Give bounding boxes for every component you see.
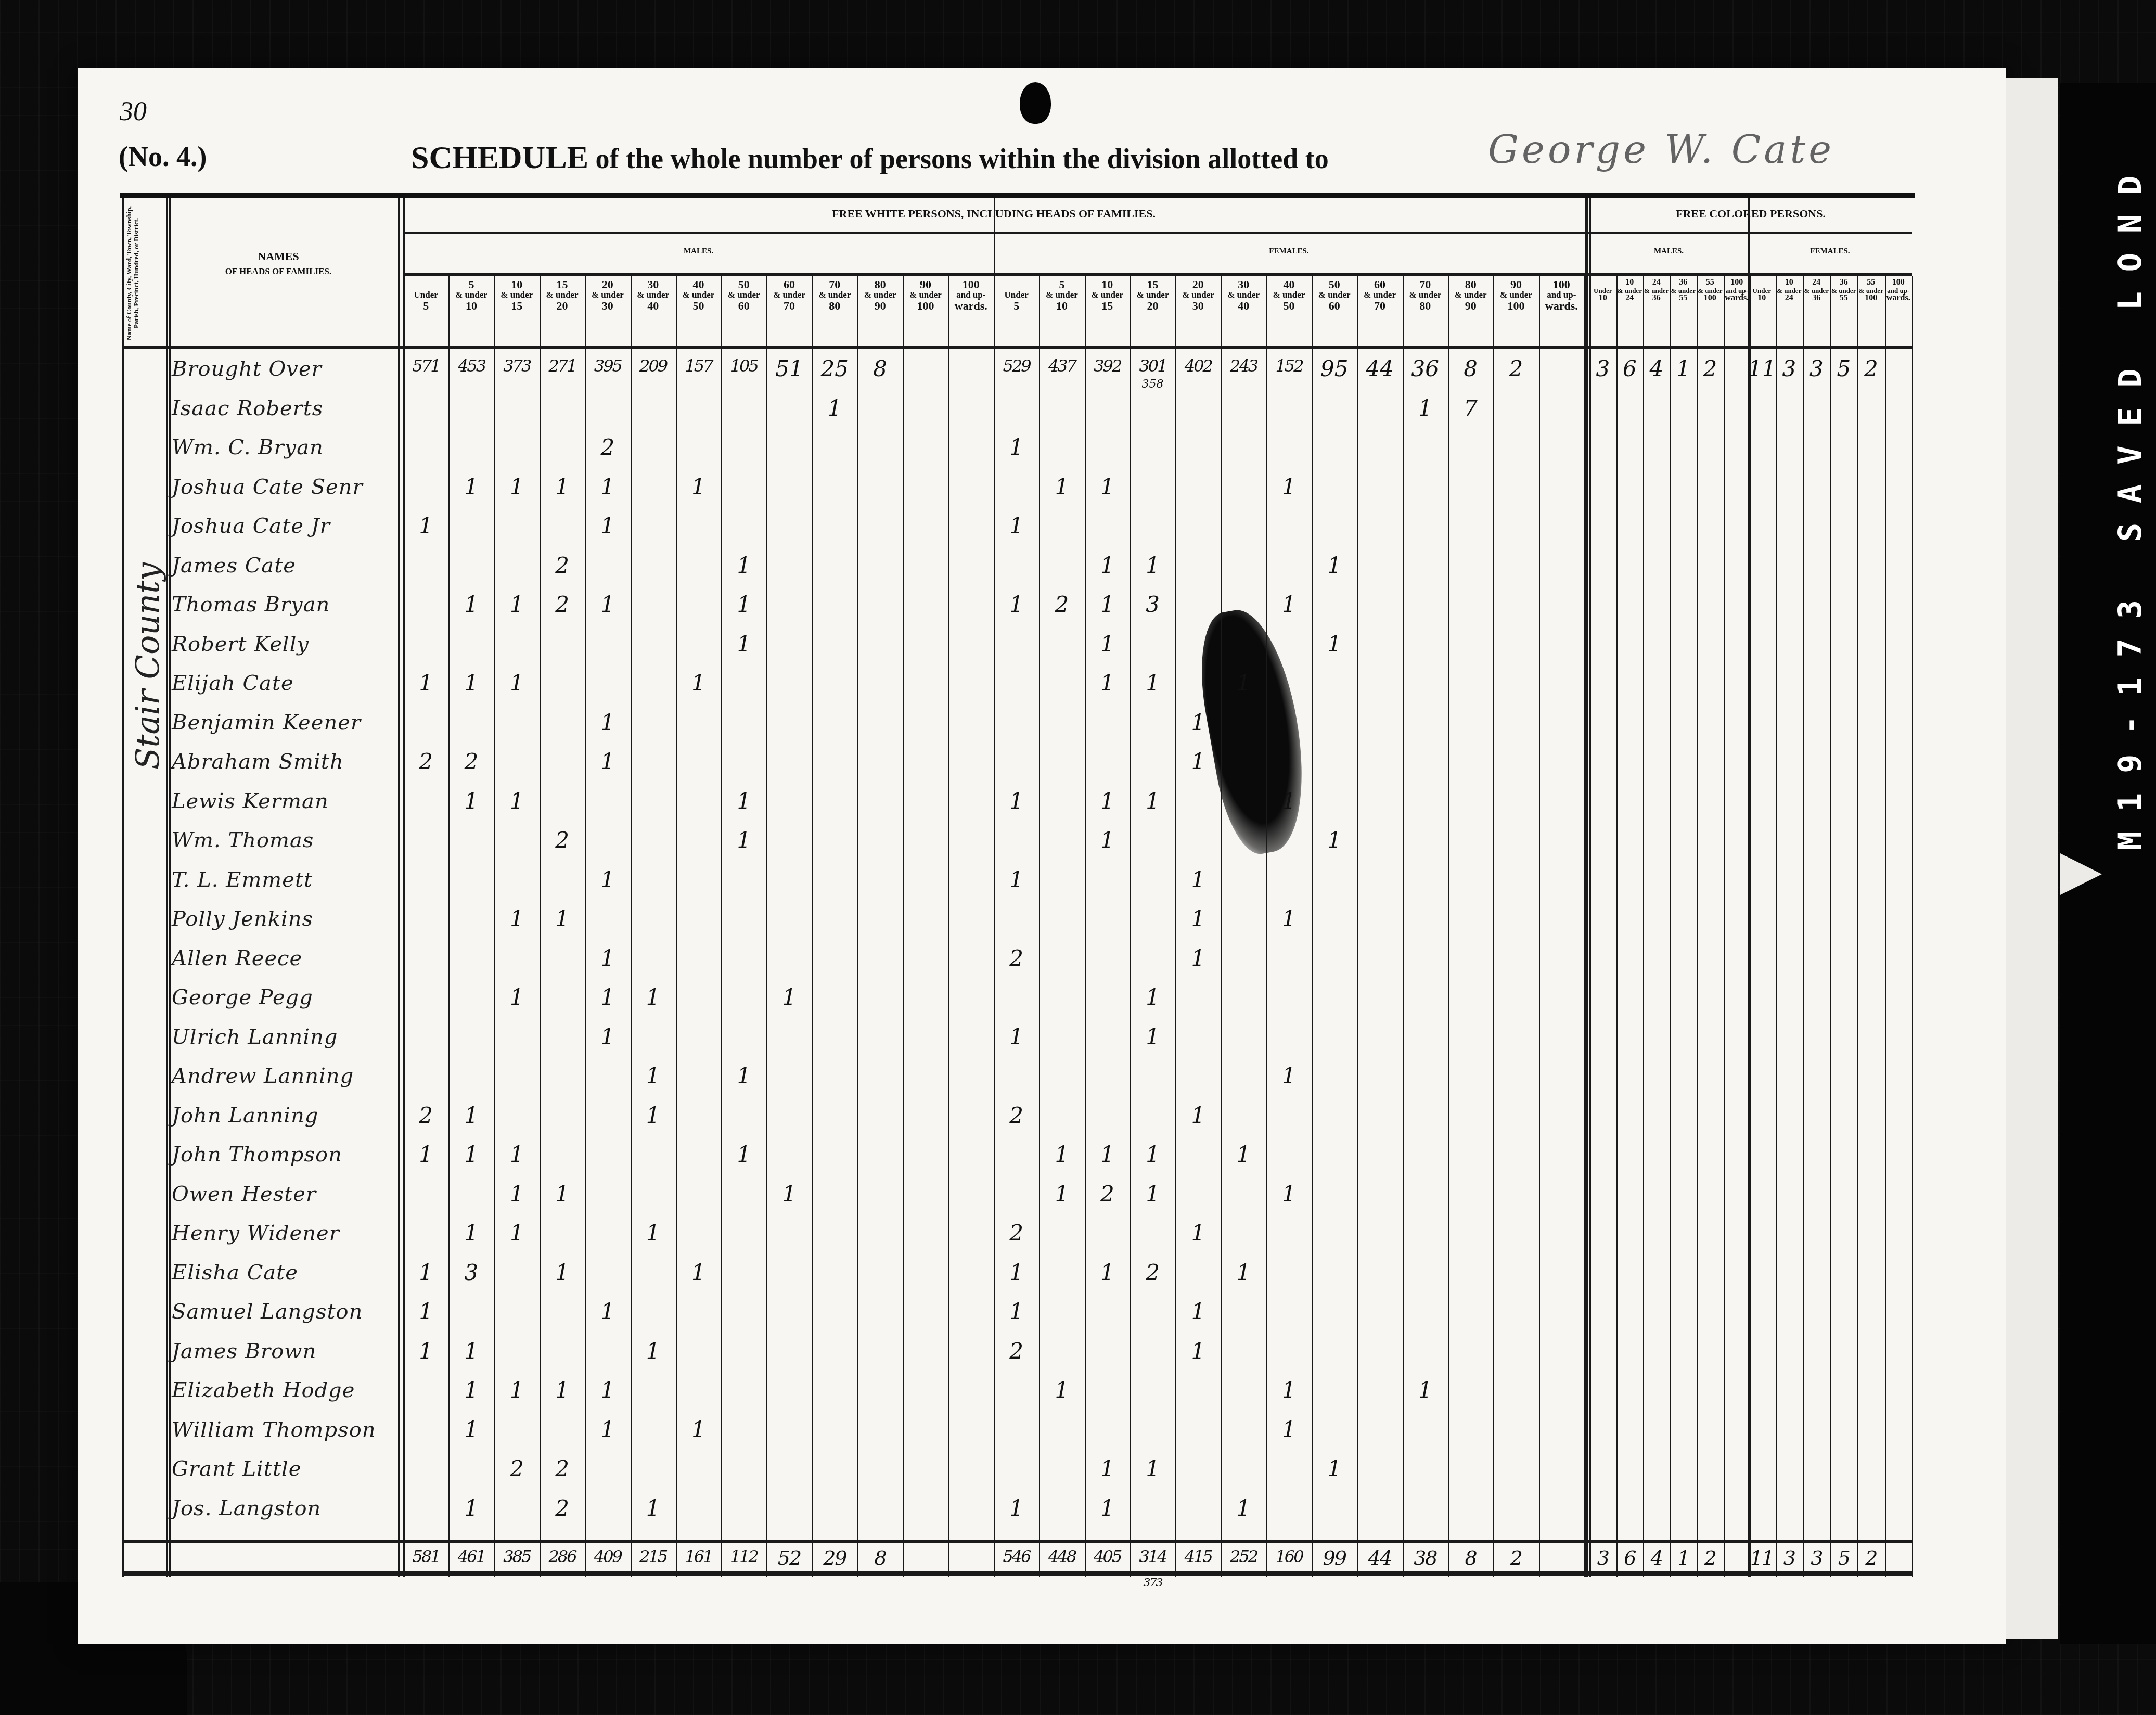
count-cell: 1 [448,1377,494,1403]
age-header-wf-0: Under5 [994,278,1039,346]
count-cell: 152 [1266,356,1312,376]
count-cell: 1 [1266,788,1312,814]
count-cell: 1 [1130,1024,1175,1050]
count-cell: 1 [1403,395,1448,421]
count-cell: 1 [994,592,1039,617]
age-header-wf-2: 10& under15 [1085,278,1130,346]
total-cell: 3 [1803,1546,1830,1569]
age-header-wf-3: 15& under20 [1130,278,1175,346]
count-cell: 8 [1448,356,1493,381]
count-cell: 1 [721,827,766,853]
count-cell: 6 [1616,356,1644,381]
names-subtitle: OF HEADS OF FAMILIES. [172,266,385,277]
age-header-wm-7: 50& under60 [721,278,766,346]
totals-row: 5814613852864092151611125229854644840531… [122,1544,1912,1575]
head-of-family-name: John Thompson [172,1143,375,1167]
count-cell: 1 [448,1495,494,1521]
count-cell: 4 [1643,356,1670,381]
total-cell: 215 [631,1546,676,1566]
table-row: George Pegg11111 [122,982,1912,1013]
names-title: NAMES [172,250,385,263]
count-cell: 1 [585,945,630,971]
count-cell: 8 [857,356,903,381]
count-cell: 1 [585,1417,630,1442]
total-cell: 1 [1670,1546,1697,1569]
count-cell: 437 [1039,356,1084,376]
age-header-wf-10: 80& under90 [1448,278,1493,346]
count-cell: 1 [494,984,540,1010]
head-of-family-name: Brought Over [172,357,375,381]
total-cell: 3 [1776,1546,1803,1569]
count-cell: 2 [1130,1260,1175,1285]
count-cell: 2 [540,827,585,853]
count-cell: 1 [1130,788,1175,814]
count-cell: 1 [1266,1417,1312,1442]
total-cell: 314 [1130,1546,1175,1566]
age-header-cm-3: 36& under55 [1670,278,1697,346]
head-of-family-name: Wm. Thomas [172,828,375,852]
count-cell: 2 [585,434,630,460]
page-number: 30 [120,96,147,127]
count-cell: 1 [1039,1142,1084,1167]
count-cell: 1 [631,984,676,1010]
count-cell: 1 [585,1299,630,1324]
count-cell: 2 [540,553,585,578]
table-row: Joshua Cate Senr11111111 [122,472,1912,502]
table-row: Owen Hester1111211 [122,1179,1912,1209]
head-of-family-name: Henry Widener [172,1221,375,1245]
total-cell: 161 [676,1546,721,1566]
count-cell: 1 [994,1299,1039,1324]
count-cell: 1 [994,867,1039,892]
table-row: Grant Little22111 [122,1454,1912,1484]
count-cell: 1 [631,1103,676,1128]
count-cell: 1 [585,1024,630,1050]
age-header-wm-5: 30& under40 [631,278,676,346]
count-cell: 95 [1312,356,1357,381]
total-cell: 160 [1266,1546,1312,1566]
count-cell: 1 [1085,670,1130,696]
count-cell: 1 [721,788,766,814]
head-of-family-name: James Brown [172,1339,375,1363]
count-cell: 1 [631,1495,676,1521]
place-column-header: Name of County, City, Ward, Town, Townsh… [125,203,157,343]
colored-females-header: FEMALES. [1748,247,1912,256]
head-of-family-name: Samuel Langston [172,1300,375,1324]
count-cell: 3 [1130,592,1175,617]
count-cell: 1 [812,395,857,421]
count-cell: 1 [1039,474,1084,500]
count-cell: 402 [1175,356,1221,376]
count-cell: 1 [494,474,540,500]
count-cell: 3 [1776,356,1803,381]
count-cell: 1 [585,710,630,735]
count-cell: 2 [540,1456,585,1481]
count-cell: 3 [448,1260,494,1285]
count-cell: 1 [540,906,585,931]
count-cell: 1 [585,592,630,617]
binding-hole [1020,82,1051,124]
count-cell: 2 [540,1495,585,1521]
count-cell: 1 [1403,1377,1448,1403]
age-header-wf-4: 20& under30 [1175,278,1221,346]
count-cell: 1 [1221,1260,1266,1285]
total-cell: 581 [403,1546,448,1566]
head-of-family-name: George Pegg [172,986,375,1009]
count-cell: 1 [403,1299,448,1324]
count-cell: 1 [721,592,766,617]
count-cell: 1 [448,1220,494,1246]
count-cell: 1 [585,474,630,500]
count-cell: 2 [1085,1181,1130,1207]
head-of-family-name: Wm. C. Bryan [172,436,375,459]
age-header-wf-11: 90& under100 [1493,278,1538,346]
count-cell: 3 [1803,356,1830,381]
count-cell: 1 [1085,1142,1130,1167]
count-cell: 1 [721,1142,766,1167]
count-cell: 1 [1266,474,1312,500]
count-cell: 571 [403,356,448,376]
count-cell: 2 [1493,356,1538,381]
total-cell: 546 [994,1546,1039,1566]
total-cell: 8 [857,1546,903,1569]
count-cell: 1 [494,788,540,814]
age-header-wm-3: 15& under20 [540,278,585,346]
count-cell: 1 [676,1260,721,1285]
column-divider [1912,276,1913,1577]
count-cell: 1 [494,1377,540,1403]
count-cell: 1 [994,1260,1039,1285]
count-cell: 1 [1175,1220,1221,1246]
total-cell: 405 [1085,1546,1130,1566]
count-cell: 395 [585,356,630,376]
total-cell: 4 [1643,1546,1670,1569]
table-row: Elisha Cate13111121 [122,1258,1912,1288]
title-prefix: SCHEDULE [411,140,588,175]
count-cell: 392 [1085,356,1130,376]
count-cell: 2 [448,749,494,774]
count-cell: 243 [1221,356,1266,376]
table-row: Jos. Langston121111 [122,1493,1912,1524]
count-cell: 1 [403,513,448,539]
enumerator-signature: George W. Cate [1488,127,1834,172]
count-cell: 1 [1085,1495,1130,1521]
head-of-family-name: Joshua Cate Jr [172,514,375,538]
count-cell: 1 [1221,1495,1266,1521]
count-cell: 1 [1312,1456,1357,1481]
header-rule [120,193,1915,198]
count-cell: 51 [766,356,812,381]
count-cell: 1 [494,906,540,931]
table-row: Isaac Roberts117 [122,393,1912,424]
age-header-cf-2: 24& under36 [1803,278,1830,346]
head-of-family-name: Lewis Kerman [172,789,375,813]
table-row: Brought Over5714533732713952091571055125… [122,354,1912,384]
table-row: Joshua Cate Jr111 [122,511,1912,541]
count-cell: 1 [403,1142,448,1167]
count-cell: 1 [448,592,494,617]
table-row: James Cate21111 [122,551,1912,581]
count-cell: 36 [1403,356,1448,381]
table-row: Elizabeth Hodge1111111 [122,1375,1912,1405]
age-header-cf-5: 100and up-wards. [1885,278,1913,346]
header-rule [122,346,1912,349]
count-cell: 1 [1670,356,1697,381]
count-cell: 1 [1312,631,1357,657]
count-cell: 453 [448,356,494,376]
head-of-family-name: Benjamin Keener [172,711,375,735]
head-of-family-name: Allen Reece [172,946,375,970]
head-of-family-name: Elisha Cate [172,1261,375,1285]
table-row: William Thompson1111 [122,1415,1912,1445]
count-cell: 1 [1312,553,1357,578]
table-row: John Lanning21121 [122,1100,1912,1131]
totals-rule [122,1540,1912,1543]
count-cell: 2 [994,1338,1039,1364]
total-cell: 2 [1493,1546,1538,1569]
count-cell: 105 [721,356,766,376]
count-cell: 1 [448,474,494,500]
count-cell: 1 [676,1417,721,1442]
age-header-wm-0: Under5 [403,278,448,346]
count-cell: 1 [1085,827,1130,853]
total-cell: 2 [1857,1546,1885,1569]
table-row: Ulrich Lanning111 [122,1022,1912,1052]
count-cell: 1 [448,1103,494,1128]
head-of-family-name: Ulrich Lanning [172,1025,375,1049]
count-cell: 1 [1175,945,1221,971]
count-cell: 1 [631,1338,676,1364]
table-row: Wm. C. Bryan21 [122,432,1912,463]
count-cell: 2 [1697,356,1724,381]
age-header-cm-4: 55& under100 [1697,278,1724,346]
age-header-wf-9: 70& under80 [1403,278,1448,346]
head-of-family-name: Andrew Lanning [172,1064,375,1088]
count-cell: 1 [1085,474,1130,500]
age-header-cm-5: 100and up-wards. [1724,278,1751,346]
page-edge [2006,78,2058,1639]
count-cell: 1 [1175,867,1221,892]
count-cell: 5 [1830,356,1858,381]
count-cell: 25 [812,356,857,381]
table-row: Wm. Thomas2111 [122,825,1912,855]
count-cell: 1 [1130,1456,1175,1481]
age-header-wm-9: 70& under80 [812,278,857,346]
census-table: Name of County, City, Ward, Town, Townsh… [122,198,1912,1592]
count-cell: 2 [994,1103,1039,1128]
age-header-wf-12: 100and up-wards. [1539,278,1584,346]
count-cell: 2 [1857,356,1885,381]
title-rest: of the whole number of persons within th… [596,143,1329,174]
age-header-wf-6: 40& under50 [1266,278,1312,346]
total-cell: 6 [1616,1546,1644,1569]
count-cell: 2 [994,1220,1039,1246]
count-cell: 1 [1085,592,1130,617]
count-cell: 1 [585,513,630,539]
count-cell: 1 [494,670,540,696]
count-cell: 1 [403,1338,448,1364]
count-cell: 1 [1085,553,1130,578]
film-reel-label: M19-173 SAVED LOND [2112,156,2149,1041]
count-cell: 1 [766,1181,812,1207]
count-cell: 1 [448,670,494,696]
head-of-family-name: T. L. Emmett [172,868,375,892]
count-cell: 529 [994,356,1039,376]
count-cell: 1 [1085,1456,1130,1481]
count-cell: 1 [994,788,1039,814]
count-cell: 209 [631,356,676,376]
age-header-wm-4: 20& under30 [585,278,630,346]
count-cell: 1 [1130,1181,1175,1207]
total-cell: 385 [494,1546,540,1566]
total-cell: 112 [721,1546,766,1566]
form-number: (No. 4.) [119,140,207,173]
age-header-wm-12: 100and up-wards. [948,278,994,346]
count-cell: 373 [494,356,540,376]
age-header-wf-1: 5& under10 [1039,278,1084,346]
count-cell: 1 [1130,670,1175,696]
count-cell: 1 [403,1260,448,1285]
count-cell: 1 [1039,1181,1084,1207]
head-of-family-name: Isaac Roberts [172,396,375,420]
table-row: Lewis Kerman1111111 [122,786,1912,816]
count-cell: 1 [403,670,448,696]
table-row: Benjamin Keener11 [122,708,1912,738]
colored-males-header: MALES. [1589,247,1748,256]
film-notch [2060,853,2102,895]
age-header-wf-5: 30& under40 [1221,278,1266,346]
head-of-family-name: William Thompson [172,1418,375,1442]
count-cell: 1 [540,1260,585,1285]
table-row: Samuel Langston1111 [122,1297,1912,1327]
count-cell: 2 [494,1456,540,1481]
count-cell: 1 [1175,710,1221,735]
age-header-wf-7: 50& under60 [1312,278,1357,346]
count-cell: 1 [1130,553,1175,578]
count-cell: 1 [540,474,585,500]
count-cell: 1 [1130,1142,1175,1167]
count-cell: 1 [1266,1063,1312,1089]
count-cell: 1 [631,1063,676,1089]
count-cell: 1 [1130,984,1175,1010]
table-row: Allen Reece121 [122,943,1912,974]
count-cell: 1 [721,553,766,578]
count-cell: 7 [1448,395,1493,421]
count-cell: 1 [766,984,812,1010]
total-cell: 252 [1221,1546,1266,1566]
total-cell: 415 [1175,1546,1221,1566]
count-cell: 44 [1357,356,1402,381]
names-header: NAMES OF HEADS OF FAMILIES. [172,250,385,277]
count-cell: 1 [448,1338,494,1364]
count-cell: 1 [494,1220,540,1246]
count-cell: 1 [585,984,630,1010]
count-cell: 271 [540,356,585,376]
count-cell: 301 [1130,356,1175,376]
count-cell: 1 [1221,1142,1266,1167]
table-row: Robert Kelly111 [122,629,1912,659]
table-row: James Brown11121 [122,1336,1912,1366]
age-header-wm-11: 90& under100 [903,278,948,346]
count-cell: 1 [1266,592,1312,617]
count-cell: 1 [494,592,540,617]
count-cell: 1 [494,1181,540,1207]
total-cell: 99 [1312,1546,1357,1569]
head-of-family-name: Owen Hester [172,1182,375,1206]
count-cell: 2 [403,749,448,774]
count-cell: 1 [1085,788,1130,814]
head-of-family-name: Elijah Cate [172,671,375,695]
head-of-family-name: Robert Kelly [172,632,375,656]
count-cell: 157 [676,356,721,376]
count-cell: 11 [1748,356,1776,381]
count-cell: 1 [1085,1260,1130,1285]
age-header-cm-1: 10& under24 [1616,278,1644,346]
total-cell: 8 [1448,1546,1493,1569]
count-cell: 1 [994,513,1039,539]
head-of-family-name: Elizabeth Hodge [172,1378,375,1402]
free-colored-header: FREE COLORED PERSONS. [1589,207,1912,221]
table-row: Henry Widener11121 [122,1218,1912,1248]
age-header-wm-8: 60& under70 [766,278,812,346]
head-of-family-name: Jos. Langston [172,1496,375,1520]
table-row: Polly Jenkins1111 [122,904,1912,934]
total-cell: 286 [540,1546,585,1566]
total-correction-note: 373 [1130,1577,1175,1590]
head-of-family-name: Polly Jenkins [172,907,375,931]
total-cell: 38 [1403,1546,1448,1569]
count-cell: 1 [1312,827,1357,853]
count-cell: 1 [448,1417,494,1442]
count-cell: 1 [1266,1377,1312,1403]
table-row: Thomas Bryan1121112131 [122,590,1912,620]
count-cell: 1 [676,670,721,696]
head-of-family-name: Abraham Smith [172,750,375,774]
head-of-family-name: John Lanning [172,1104,375,1128]
age-header-wm-2: 10& under15 [494,278,540,346]
age-header-wm-1: 5& under10 [448,278,494,346]
total-cell: 3 [1589,1546,1616,1569]
count-cell: 1 [1175,906,1221,931]
total-cell: 29 [812,1546,857,1569]
table-row: John Thompson11111111 [122,1140,1912,1170]
count-cell: 2 [540,592,585,617]
count-cell: 1 [994,434,1039,460]
count-cell: 1 [448,788,494,814]
head-of-family-name: Grant Little [172,1457,375,1481]
count-cell: 1 [1175,1103,1221,1128]
count-cell: 1 [494,1142,540,1167]
total-cell: 52 [766,1546,812,1569]
count-cell: 1 [1039,1377,1084,1403]
count-cell: 1 [1221,670,1266,696]
table-row: Elijah Cate1111111 [122,668,1912,698]
total-cell: 44 [1357,1546,1402,1569]
count-cell: 1 [631,1220,676,1246]
count-cell: 1 [585,867,630,892]
total-cell: 2 [1697,1546,1724,1569]
age-header-wm-10: 80& under90 [857,278,903,346]
white-females-header: FEMALES. [994,247,1584,256]
count-cell: 1 [1175,749,1221,774]
table-row: T. L. Emmett111 [122,865,1912,895]
count-cell: 1 [994,1024,1039,1050]
head-of-family-name: Thomas Bryan [172,593,375,617]
count-cell: 1 [721,631,766,657]
count-cell: 1 [1266,906,1312,931]
age-header-cm-0: Under10 [1589,278,1616,346]
count-cell: 1 [585,1377,630,1403]
